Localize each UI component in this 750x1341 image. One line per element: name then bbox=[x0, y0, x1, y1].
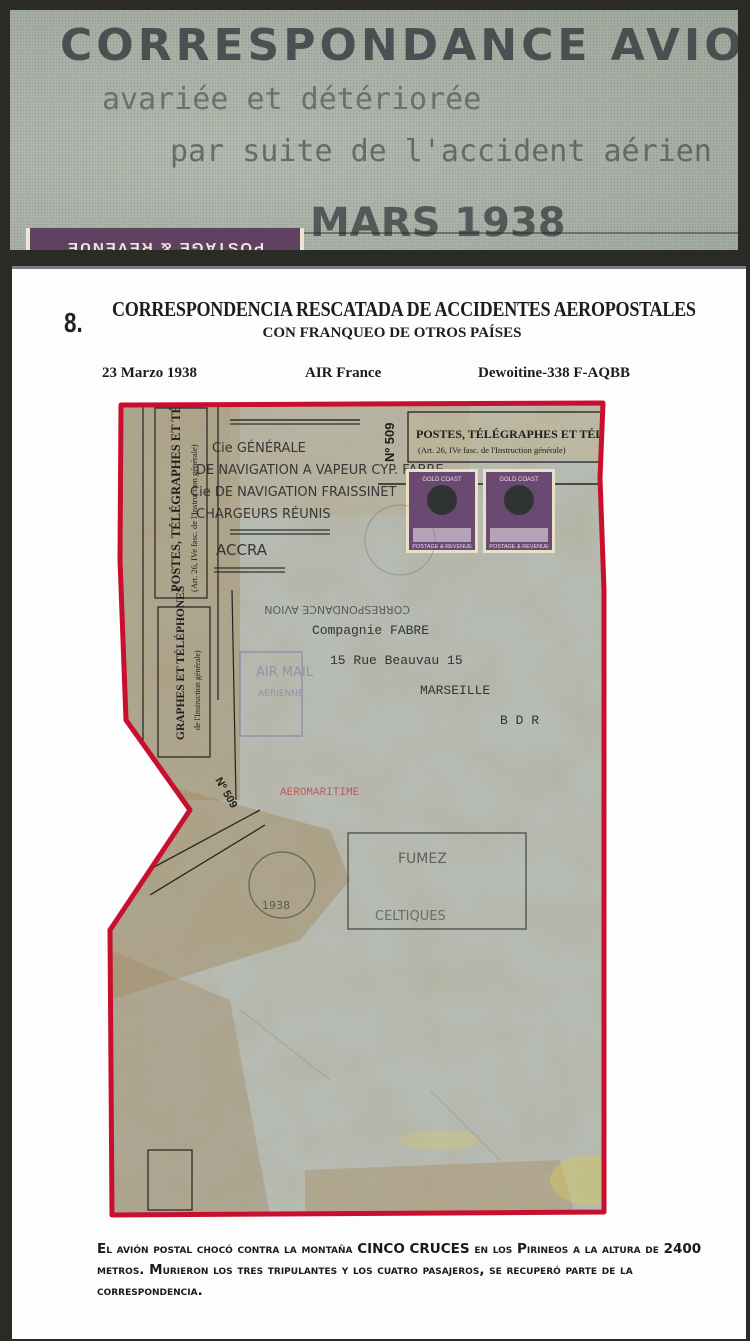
airline-name: AIR France bbox=[305, 365, 381, 382]
flight-date: 23 Marzo 1938 bbox=[102, 365, 197, 382]
sheet-subtitle: CON FRANQUEO DE OTROS PAÍSES bbox=[132, 325, 652, 342]
aircraft-registration: Dewoitine-338 F-AQBB bbox=[478, 365, 630, 382]
caption-text: metros. Murieron los tres tripulantes y … bbox=[97, 1262, 633, 1299]
closeup-detail-image: CORRESPONDANCE AVION avariée et détérior… bbox=[10, 10, 738, 250]
closeup-stamp: POSTAGE & REVENUE bbox=[26, 228, 304, 250]
closeup-postmark-date: MARS 1938 bbox=[310, 200, 566, 246]
sheet-number: 8. bbox=[64, 307, 83, 339]
closeup-cachet-line3: par suite de l'accident aérien bbox=[170, 134, 712, 169]
sheet-title: CORRESPONDENCIA RESCATADA DE ACCIDENTES … bbox=[112, 297, 594, 322]
exhibit-sheet: 8. CORRESPONDENCIA RESCATADA DE ACCIDENT… bbox=[12, 266, 746, 1339]
exhibit-caption: El avión postal chocó contra la montaña … bbox=[97, 1239, 737, 1302]
closeup-rule bbox=[300, 232, 738, 234]
caption-highlight-altitude: 2400 bbox=[664, 1241, 702, 1257]
closeup-cachet-line1: CORRESPONDANCE AVION bbox=[60, 20, 738, 71]
closeup-cachet-line2: avariée et détériorée bbox=[102, 82, 481, 117]
caption-text: El avión postal chocó contra la montaña bbox=[97, 1241, 357, 1257]
caption-highlight-mountain: CINCO CRUCES bbox=[357, 1241, 469, 1257]
caption-text: en los Pirineos a la altura de bbox=[470, 1241, 664, 1257]
